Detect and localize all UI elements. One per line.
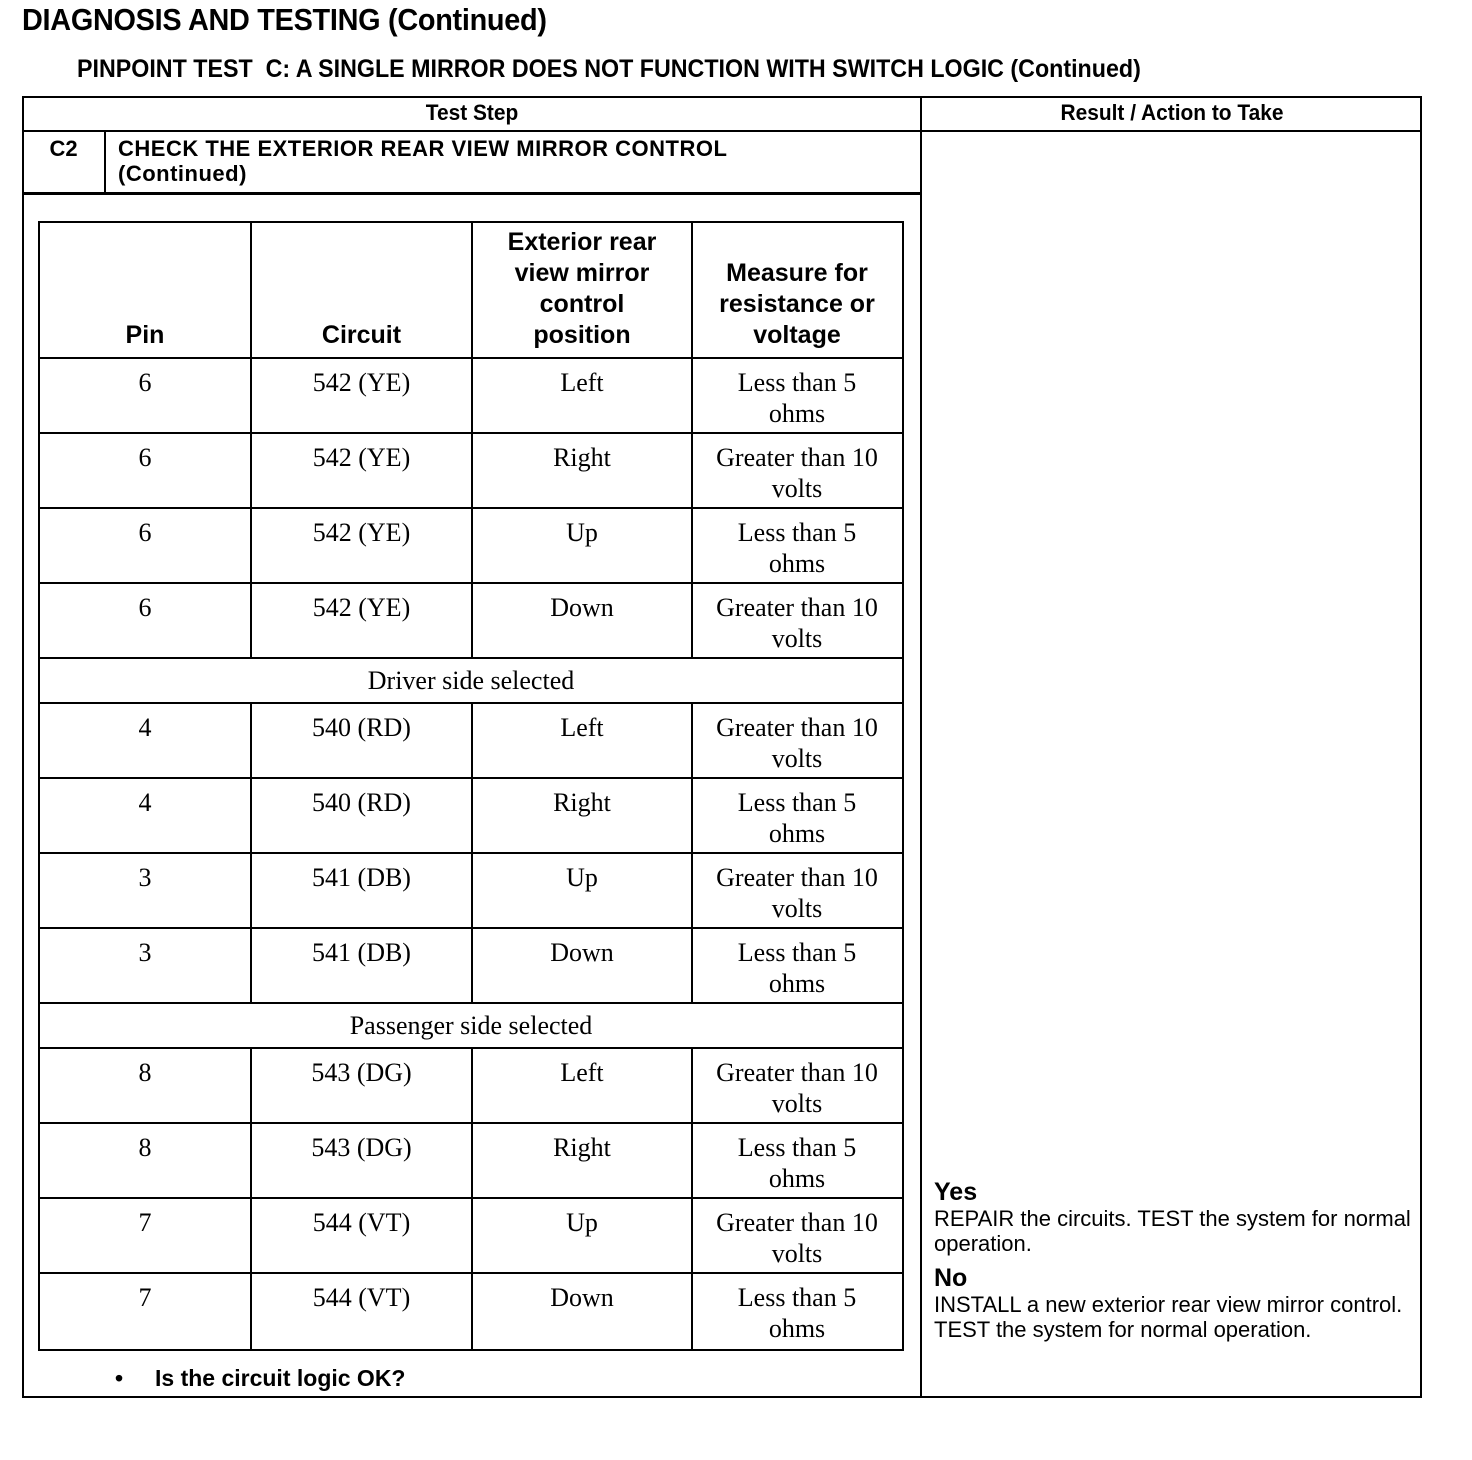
cell-measure: Less than 5ohms xyxy=(693,509,901,582)
page-title: DIAGNOSIS AND TESTING (Continued) xyxy=(22,2,547,38)
column-header-measure: Measure forresistance orvoltage xyxy=(693,223,901,357)
cell-measure: Less than 5ohms xyxy=(693,1274,901,1349)
cell-circuit: 540 (RD) xyxy=(252,779,473,852)
column-divider xyxy=(920,96,922,1398)
step-title: CHECK THE EXTERIOR REAR VIEW MIRROR CONT… xyxy=(118,136,908,186)
cell-circuit: 542 (YE) xyxy=(252,434,473,507)
cell-measure: Less than 5ohms xyxy=(693,359,901,432)
column-header-line: resistance or xyxy=(693,289,901,320)
cell-pin: 3 xyxy=(40,929,252,1002)
cell-measure: Less than 5ohms xyxy=(693,779,901,852)
cell-circuit: 543 (DG) xyxy=(252,1124,473,1197)
cell-position: Right xyxy=(473,1124,693,1197)
cell-pin: 6 xyxy=(40,359,252,432)
cell-circuit: 542 (YE) xyxy=(252,359,473,432)
cell-measure: Greater than 10volts xyxy=(693,854,901,927)
result-label-yes: Yes xyxy=(934,1178,1419,1206)
cell-measure: Greater than 10volts xyxy=(693,1199,901,1272)
column-header-line: position xyxy=(473,320,691,351)
table-row: 6542 (YE)UpLess than 5ohms xyxy=(40,509,902,584)
cell-position: Right xyxy=(473,434,693,507)
cell-circuit: 543 (DG) xyxy=(252,1049,473,1122)
column-header-line: Circuit xyxy=(252,320,471,351)
cell-measure: Greater than 10volts xyxy=(693,704,901,777)
question: •Is the circuit logic OK? xyxy=(115,1365,405,1392)
section-label: Driver side selected xyxy=(40,659,902,702)
cell-pin: 4 xyxy=(40,779,252,852)
table-row: 8543 (DG)LeftGreater than 10volts xyxy=(40,1049,902,1124)
table-row: 4540 (RD)RightLess than 5ohms xyxy=(40,779,902,854)
column-header-line: Pin xyxy=(40,320,250,351)
table-row: 6542 (YE)RightGreater than 10volts xyxy=(40,434,902,509)
cell-measure: Greater than 10volts xyxy=(693,434,901,507)
header-divider xyxy=(22,130,1422,132)
cell-pin: 7 xyxy=(40,1199,252,1272)
cell-circuit: 544 (VT) xyxy=(252,1199,473,1272)
cell-measure: Greater than 10volts xyxy=(693,584,901,657)
column-header-line: control xyxy=(473,289,691,320)
section-row: Passenger side selected xyxy=(40,1004,902,1049)
cell-pin: 6 xyxy=(40,584,252,657)
table-row: 4540 (RD)LeftGreater than 10volts xyxy=(40,704,902,779)
pin-measurement-table: PinCircuitExterior rearview mirrorcontro… xyxy=(38,221,904,1351)
step-title-divider xyxy=(22,192,922,195)
cell-circuit: 541 (DB) xyxy=(252,854,473,927)
column-header-circuit: Circuit xyxy=(252,223,473,357)
header-result-action: Result / Action to Take xyxy=(935,100,1410,126)
cell-pin: 6 xyxy=(40,509,252,582)
cell-pin: 4 xyxy=(40,704,252,777)
column-header-pin: Pin xyxy=(40,223,252,357)
table-header-row: PinCircuitExterior rearview mirrorcontro… xyxy=(40,223,902,359)
cell-circuit: 541 (DB) xyxy=(252,929,473,1002)
cell-pin: 8 xyxy=(40,1049,252,1122)
result-action-yes: REPAIR the circuits. TEST the system for… xyxy=(934,1206,1419,1256)
column-header-line: view mirror xyxy=(473,258,691,289)
pinpoint-test-subtitle: PINPOINT TEST C: A SINGLE MIRROR DOES NO… xyxy=(77,55,1141,84)
cell-circuit: 540 (RD) xyxy=(252,704,473,777)
cell-position: Left xyxy=(473,704,693,777)
cell-position: Right xyxy=(473,779,693,852)
section-row: Driver side selected xyxy=(40,659,902,704)
cell-pin: 3 xyxy=(40,854,252,927)
cell-circuit: 544 (VT) xyxy=(252,1274,473,1349)
table-row: 7544 (VT)UpGreater than 10volts xyxy=(40,1199,902,1274)
step-title-line: CHECK THE EXTERIOR REAR VIEW MIRROR CONT… xyxy=(118,136,908,161)
cell-pin: 6 xyxy=(40,434,252,507)
column-header-line: Exterior rear xyxy=(473,227,691,258)
cell-pin: 8 xyxy=(40,1124,252,1197)
header-test-step: Test Step xyxy=(45,100,900,126)
cell-position: Down xyxy=(473,584,693,657)
bullet-icon: • xyxy=(115,1365,155,1392)
cell-measure: Less than 5ohms xyxy=(693,929,901,1002)
cell-position: Left xyxy=(473,359,693,432)
cell-circuit: 542 (YE) xyxy=(252,584,473,657)
question-text: Is the circuit logic OK? xyxy=(155,1365,405,1391)
column-header-position: Exterior rearview mirrorcontrolposition xyxy=(473,223,693,357)
step-id: C2 xyxy=(22,136,105,162)
cell-position: Down xyxy=(473,929,693,1002)
section-label: Passenger side selected xyxy=(40,1004,902,1047)
column-header-line: Measure for xyxy=(693,258,901,289)
cell-circuit: 542 (YE) xyxy=(252,509,473,582)
cell-position: Left xyxy=(473,1049,693,1122)
table-row: 6542 (YE)DownGreater than 10volts xyxy=(40,584,902,659)
table-row: 6542 (YE)LeftLess than 5ohms xyxy=(40,359,902,434)
table-row: 3541 (DB)UpGreater than 10volts xyxy=(40,854,902,929)
cell-measure: Greater than 10volts xyxy=(693,1049,901,1122)
cell-position: Up xyxy=(473,509,693,582)
cell-position: Down xyxy=(473,1274,693,1349)
step-title-line: (Continued) xyxy=(118,161,908,186)
result-action-no: INSTALL a new exterior rear view mirror … xyxy=(934,1292,1419,1342)
column-header-line: voltage xyxy=(693,320,901,351)
cell-measure: Less than 5ohms xyxy=(693,1124,901,1197)
table-row: 7544 (VT)DownLess than 5ohms xyxy=(40,1274,902,1349)
result-actions: YesREPAIR the circuits. TEST the system … xyxy=(934,1178,1419,1350)
cell-pin: 7 xyxy=(40,1274,252,1349)
table-row: 3541 (DB)DownLess than 5ohms xyxy=(40,929,902,1004)
cell-position: Up xyxy=(473,854,693,927)
table-row: 8543 (DG)RightLess than 5ohms xyxy=(40,1124,902,1199)
result-label-no: No xyxy=(934,1264,1419,1292)
cell-position: Up xyxy=(473,1199,693,1272)
